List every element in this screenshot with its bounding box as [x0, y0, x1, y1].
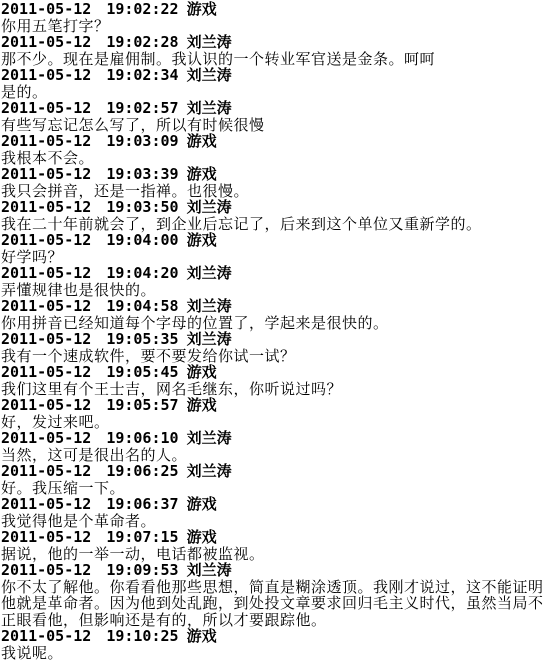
message-time: 19:05:57 — [106, 396, 178, 414]
chat-message: 2011-05-1219:06:37游戏 我觉得他是个革命者。 — [1, 496, 550, 529]
chat-message: 2011-05-1219:05:35刘兰涛 我有一个速成软件，要不要发给你试一试… — [1, 331, 550, 364]
message-date: 2011-05-12 — [1, 330, 91, 348]
message-sender: 刘兰涛 — [187, 99, 232, 117]
message-text: 我们这里有个王士吉，网名毛继东，你听说过吗？ — [1, 381, 550, 398]
message-sender: 游戏 — [187, 363, 217, 381]
message-header: 2011-05-1219:05:57游戏 — [1, 397, 550, 414]
chat-message: 2011-05-1219:03:09游戏 我根本不会。 — [1, 133, 550, 166]
message-time: 19:03:50 — [106, 198, 178, 216]
chat-message: 2011-05-1219:02:22游戏 你用五笔打字？ — [1, 1, 550, 34]
message-text: 你用五笔打字？ — [1, 18, 550, 35]
message-text: 我根本不会。 — [1, 150, 550, 167]
message-sender: 游戏 — [187, 396, 217, 414]
message-date: 2011-05-12 — [1, 297, 91, 315]
message-sender: 游戏 — [187, 231, 217, 249]
message-date: 2011-05-12 — [1, 66, 91, 84]
message-text: 我有一个速成软件，要不要发给你试一试？ — [1, 348, 550, 365]
message-date: 2011-05-12 — [1, 0, 91, 18]
message-text: 弄懂规律也是很快的。 — [1, 282, 550, 299]
message-date: 2011-05-12 — [1, 231, 91, 249]
message-header: 2011-05-1219:02:28刘兰涛 — [1, 34, 550, 51]
message-date: 2011-05-12 — [1, 561, 91, 579]
message-header: 2011-05-1219:06:25刘兰涛 — [1, 463, 550, 480]
message-date: 2011-05-12 — [1, 627, 91, 645]
message-text: 你用拼音已经知道每个字母的位置了，学起来是很快的。 — [1, 315, 550, 332]
message-date: 2011-05-12 — [1, 363, 91, 381]
message-sender: 刘兰涛 — [187, 198, 232, 216]
message-header: 2011-05-1219:03:50刘兰涛 — [1, 199, 550, 216]
message-date: 2011-05-12 — [1, 396, 91, 414]
message-header: 2011-05-1219:04:20刘兰涛 — [1, 265, 550, 282]
message-text: 你不太了解他。你看看他那些思想，简直是糊涂透顶。我刚才说过，这不能证明他就是革命… — [1, 579, 550, 629]
message-header: 2011-05-1219:04:58刘兰涛 — [1, 298, 550, 315]
message-text: 好。我压缩一下。 — [1, 480, 550, 497]
chat-message: 2011-05-1219:02:28刘兰涛 那不少。现在是雇佣制。我认识的一个转… — [1, 34, 550, 67]
chat-message: 2011-05-1219:10:25游戏 我说呢。 — [1, 628, 550, 661]
message-time: 19:02:22 — [106, 0, 178, 18]
chat-message: 2011-05-1219:06:10刘兰涛 当然，这可是很出名的人。 — [1, 430, 550, 463]
message-text: 我觉得他是个革命者。 — [1, 513, 550, 530]
message-header: 2011-05-1219:09:53刘兰涛 — [1, 562, 550, 579]
message-header: 2011-05-1219:02:57刘兰涛 — [1, 100, 550, 117]
message-time: 19:06:10 — [106, 429, 178, 447]
message-text: 是的。 — [1, 84, 550, 101]
message-header: 2011-05-1219:03:39游戏 — [1, 166, 550, 183]
message-time: 19:03:39 — [106, 165, 178, 183]
message-sender: 刘兰涛 — [187, 462, 232, 480]
chat-message: 2011-05-1219:06:25刘兰涛 好。我压缩一下。 — [1, 463, 550, 496]
chat-message: 2011-05-1219:07:15游戏 据说，他的一举一动，电话都被监视。 — [1, 529, 550, 562]
message-header: 2011-05-1219:06:37游戏 — [1, 496, 550, 513]
chat-message: 2011-05-1219:04:00游戏 好学吗？ — [1, 232, 550, 265]
message-date: 2011-05-12 — [1, 462, 91, 480]
message-text: 好，发过来吧。 — [1, 414, 550, 431]
chat-message: 2011-05-1219:05:45游戏 我们这里有个王士吉，网名毛继东，你听说… — [1, 364, 550, 397]
message-date: 2011-05-12 — [1, 99, 91, 117]
message-sender: 游戏 — [187, 165, 217, 183]
message-sender: 游戏 — [187, 495, 217, 513]
message-time: 19:02:57 — [106, 99, 178, 117]
message-header: 2011-05-1219:06:10刘兰涛 — [1, 430, 550, 447]
message-header: 2011-05-1219:02:22游戏 — [1, 1, 550, 18]
message-date: 2011-05-12 — [1, 495, 91, 513]
message-sender: 游戏 — [187, 627, 217, 645]
message-header: 2011-05-1219:05:45游戏 — [1, 364, 550, 381]
message-sender: 刘兰涛 — [187, 33, 232, 51]
message-date: 2011-05-12 — [1, 33, 91, 51]
message-sender: 刘兰涛 — [187, 561, 232, 579]
chat-log: 2011-05-1219:02:22游戏 你用五笔打字？ 2011-05-121… — [0, 0, 550, 661]
message-time: 19:03:09 — [106, 132, 178, 150]
chat-message: 2011-05-1219:02:34刘兰涛 是的。 — [1, 67, 550, 100]
message-time: 19:04:58 — [106, 297, 178, 315]
message-time: 19:02:34 — [106, 66, 178, 84]
message-time: 19:02:28 — [106, 33, 178, 51]
chat-message: 2011-05-1219:09:53刘兰涛 你不太了解他。你看看他那些思想，简直… — [1, 562, 550, 628]
message-time: 19:05:35 — [106, 330, 178, 348]
message-text: 当然，这可是很出名的人。 — [1, 447, 550, 464]
message-sender: 游戏 — [187, 132, 217, 150]
message-time: 19:06:37 — [106, 495, 178, 513]
message-sender: 刘兰涛 — [187, 264, 232, 282]
message-text: 我说呢。 — [1, 645, 550, 661]
chat-message: 2011-05-1219:03:50刘兰涛 我在二十年前就会了，到企业后忘记了，… — [1, 199, 550, 232]
message-time: 19:06:25 — [106, 462, 178, 480]
message-date: 2011-05-12 — [1, 132, 91, 150]
message-text: 好学吗？ — [1, 249, 550, 266]
message-header: 2011-05-1219:10:25游戏 — [1, 628, 550, 645]
chat-message: 2011-05-1219:03:39游戏 我只会拼音，还是一指禅。也很慢。 — [1, 166, 550, 199]
message-time: 19:04:20 — [106, 264, 178, 282]
message-text: 那不少。现在是雇佣制。我认识的一个转业军官送是金条。呵呵 — [1, 51, 550, 68]
message-date: 2011-05-12 — [1, 198, 91, 216]
chat-message: 2011-05-1219:04:58刘兰涛 你用拼音已经知道每个字母的位置了，学… — [1, 298, 550, 331]
message-text: 据说，他的一举一动，电话都被监视。 — [1, 546, 550, 563]
message-text: 我在二十年前就会了，到企业后忘记了，后来到这个单位又重新学的。 — [1, 216, 550, 233]
message-date: 2011-05-12 — [1, 264, 91, 282]
message-sender: 刘兰涛 — [187, 297, 232, 315]
message-header: 2011-05-1219:05:35刘兰涛 — [1, 331, 550, 348]
message-time: 19:05:45 — [106, 363, 178, 381]
message-date: 2011-05-12 — [1, 165, 91, 183]
message-header: 2011-05-1219:03:09游戏 — [1, 133, 550, 150]
message-header: 2011-05-1219:07:15游戏 — [1, 529, 550, 546]
message-text: 我只会拼音，还是一指禅。也很慢。 — [1, 183, 550, 200]
message-time: 19:09:53 — [106, 561, 178, 579]
message-time: 19:10:25 — [106, 627, 178, 645]
message-time: 19:07:15 — [106, 528, 178, 546]
message-sender: 游戏 — [187, 528, 217, 546]
message-time: 19:04:00 — [106, 231, 178, 249]
message-sender: 刘兰涛 — [187, 66, 232, 84]
message-sender: 刘兰涛 — [187, 429, 232, 447]
message-text: 有些写忘记怎么写了，所以有时候很慢 — [1, 117, 550, 134]
message-date: 2011-05-12 — [1, 429, 91, 447]
message-header: 2011-05-1219:04:00游戏 — [1, 232, 550, 249]
chat-message: 2011-05-1219:04:20刘兰涛 弄懂规律也是很快的。 — [1, 265, 550, 298]
message-sender: 游戏 — [187, 0, 217, 18]
message-header: 2011-05-1219:02:34刘兰涛 — [1, 67, 550, 84]
chat-message: 2011-05-1219:05:57游戏 好，发过来吧。 — [1, 397, 550, 430]
message-sender: 刘兰涛 — [187, 330, 232, 348]
message-date: 2011-05-12 — [1, 528, 91, 546]
chat-message: 2011-05-1219:02:57刘兰涛 有些写忘记怎么写了，所以有时候很慢 — [1, 100, 550, 133]
